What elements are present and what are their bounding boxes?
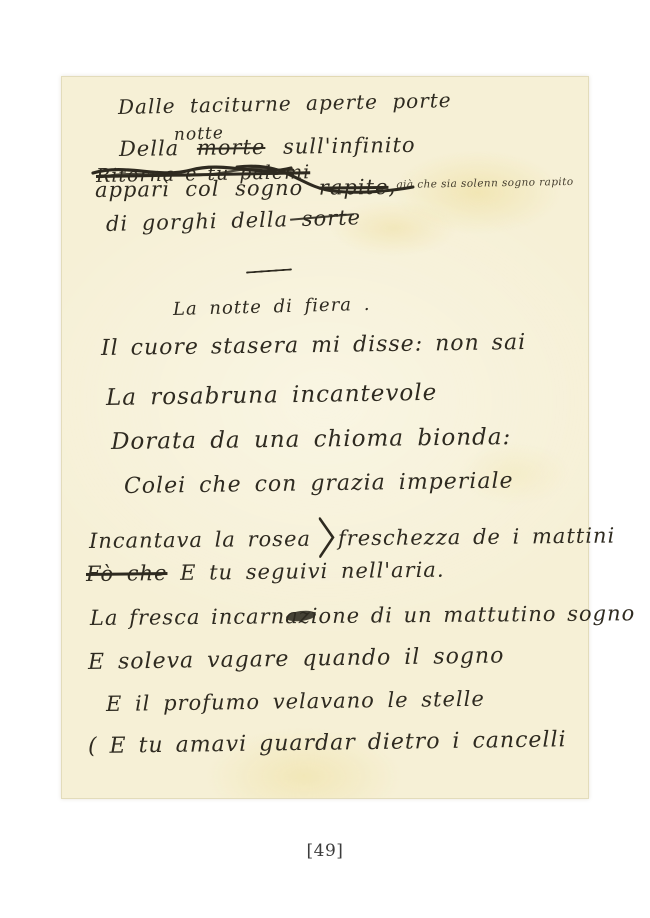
- insertion-angle-mark: [319, 516, 335, 558]
- strike-scribble: [87, 157, 427, 207]
- verse-line-5-second-half: freschezza de i mattini: [338, 523, 616, 550]
- verse-line-6: Fò che E tu seguivi nell'aria.: [86, 560, 445, 585]
- verse-line-10: ( E tu amavi guardar dietro i cancelli: [88, 729, 567, 758]
- verse-line-5-first-half: Incantava la rosea: [89, 527, 311, 553]
- manuscript-scan: Dalle taciturne aperte porte notte Della…: [61, 76, 589, 799]
- verse-line-3: Dorata da una chioma bionda:: [111, 426, 512, 454]
- verse-line-7: La fresca incarnazione di un mattutino s…: [90, 603, 635, 629]
- verse-line-6-struck-words: Fò che: [86, 561, 168, 586]
- verse-line-6-text: E tu seguivi nell'aria.: [180, 558, 445, 585]
- verse-line-4: Colei che con grazia imperiale: [124, 471, 514, 498]
- verse-line-2: La rosabruna incantevole: [106, 382, 438, 410]
- fragment-line-2-post: sull'infinito: [283, 133, 416, 159]
- page-number: [49]: [0, 841, 650, 861]
- verse-line-8: E soleva vagare quando il sogno: [88, 645, 505, 674]
- verse-line-1: Il cuore stasera mi disse: non sai: [101, 332, 526, 360]
- verse-line-5: Incantava la roseafreschezza de i mattin…: [89, 513, 616, 561]
- verse-line-9: E il profumo velavano le stelle: [106, 689, 485, 715]
- poem-title: La notte di fiera .: [173, 296, 371, 319]
- fragment-line-1: Dalle taciturne aperte porte: [118, 90, 452, 117]
- section-divider-dash: [246, 268, 292, 273]
- fragment-line-5: di gorghi della sorte: [106, 207, 362, 235]
- book-page: { "page": { "background_color": "#ffffff…: [0, 0, 650, 918]
